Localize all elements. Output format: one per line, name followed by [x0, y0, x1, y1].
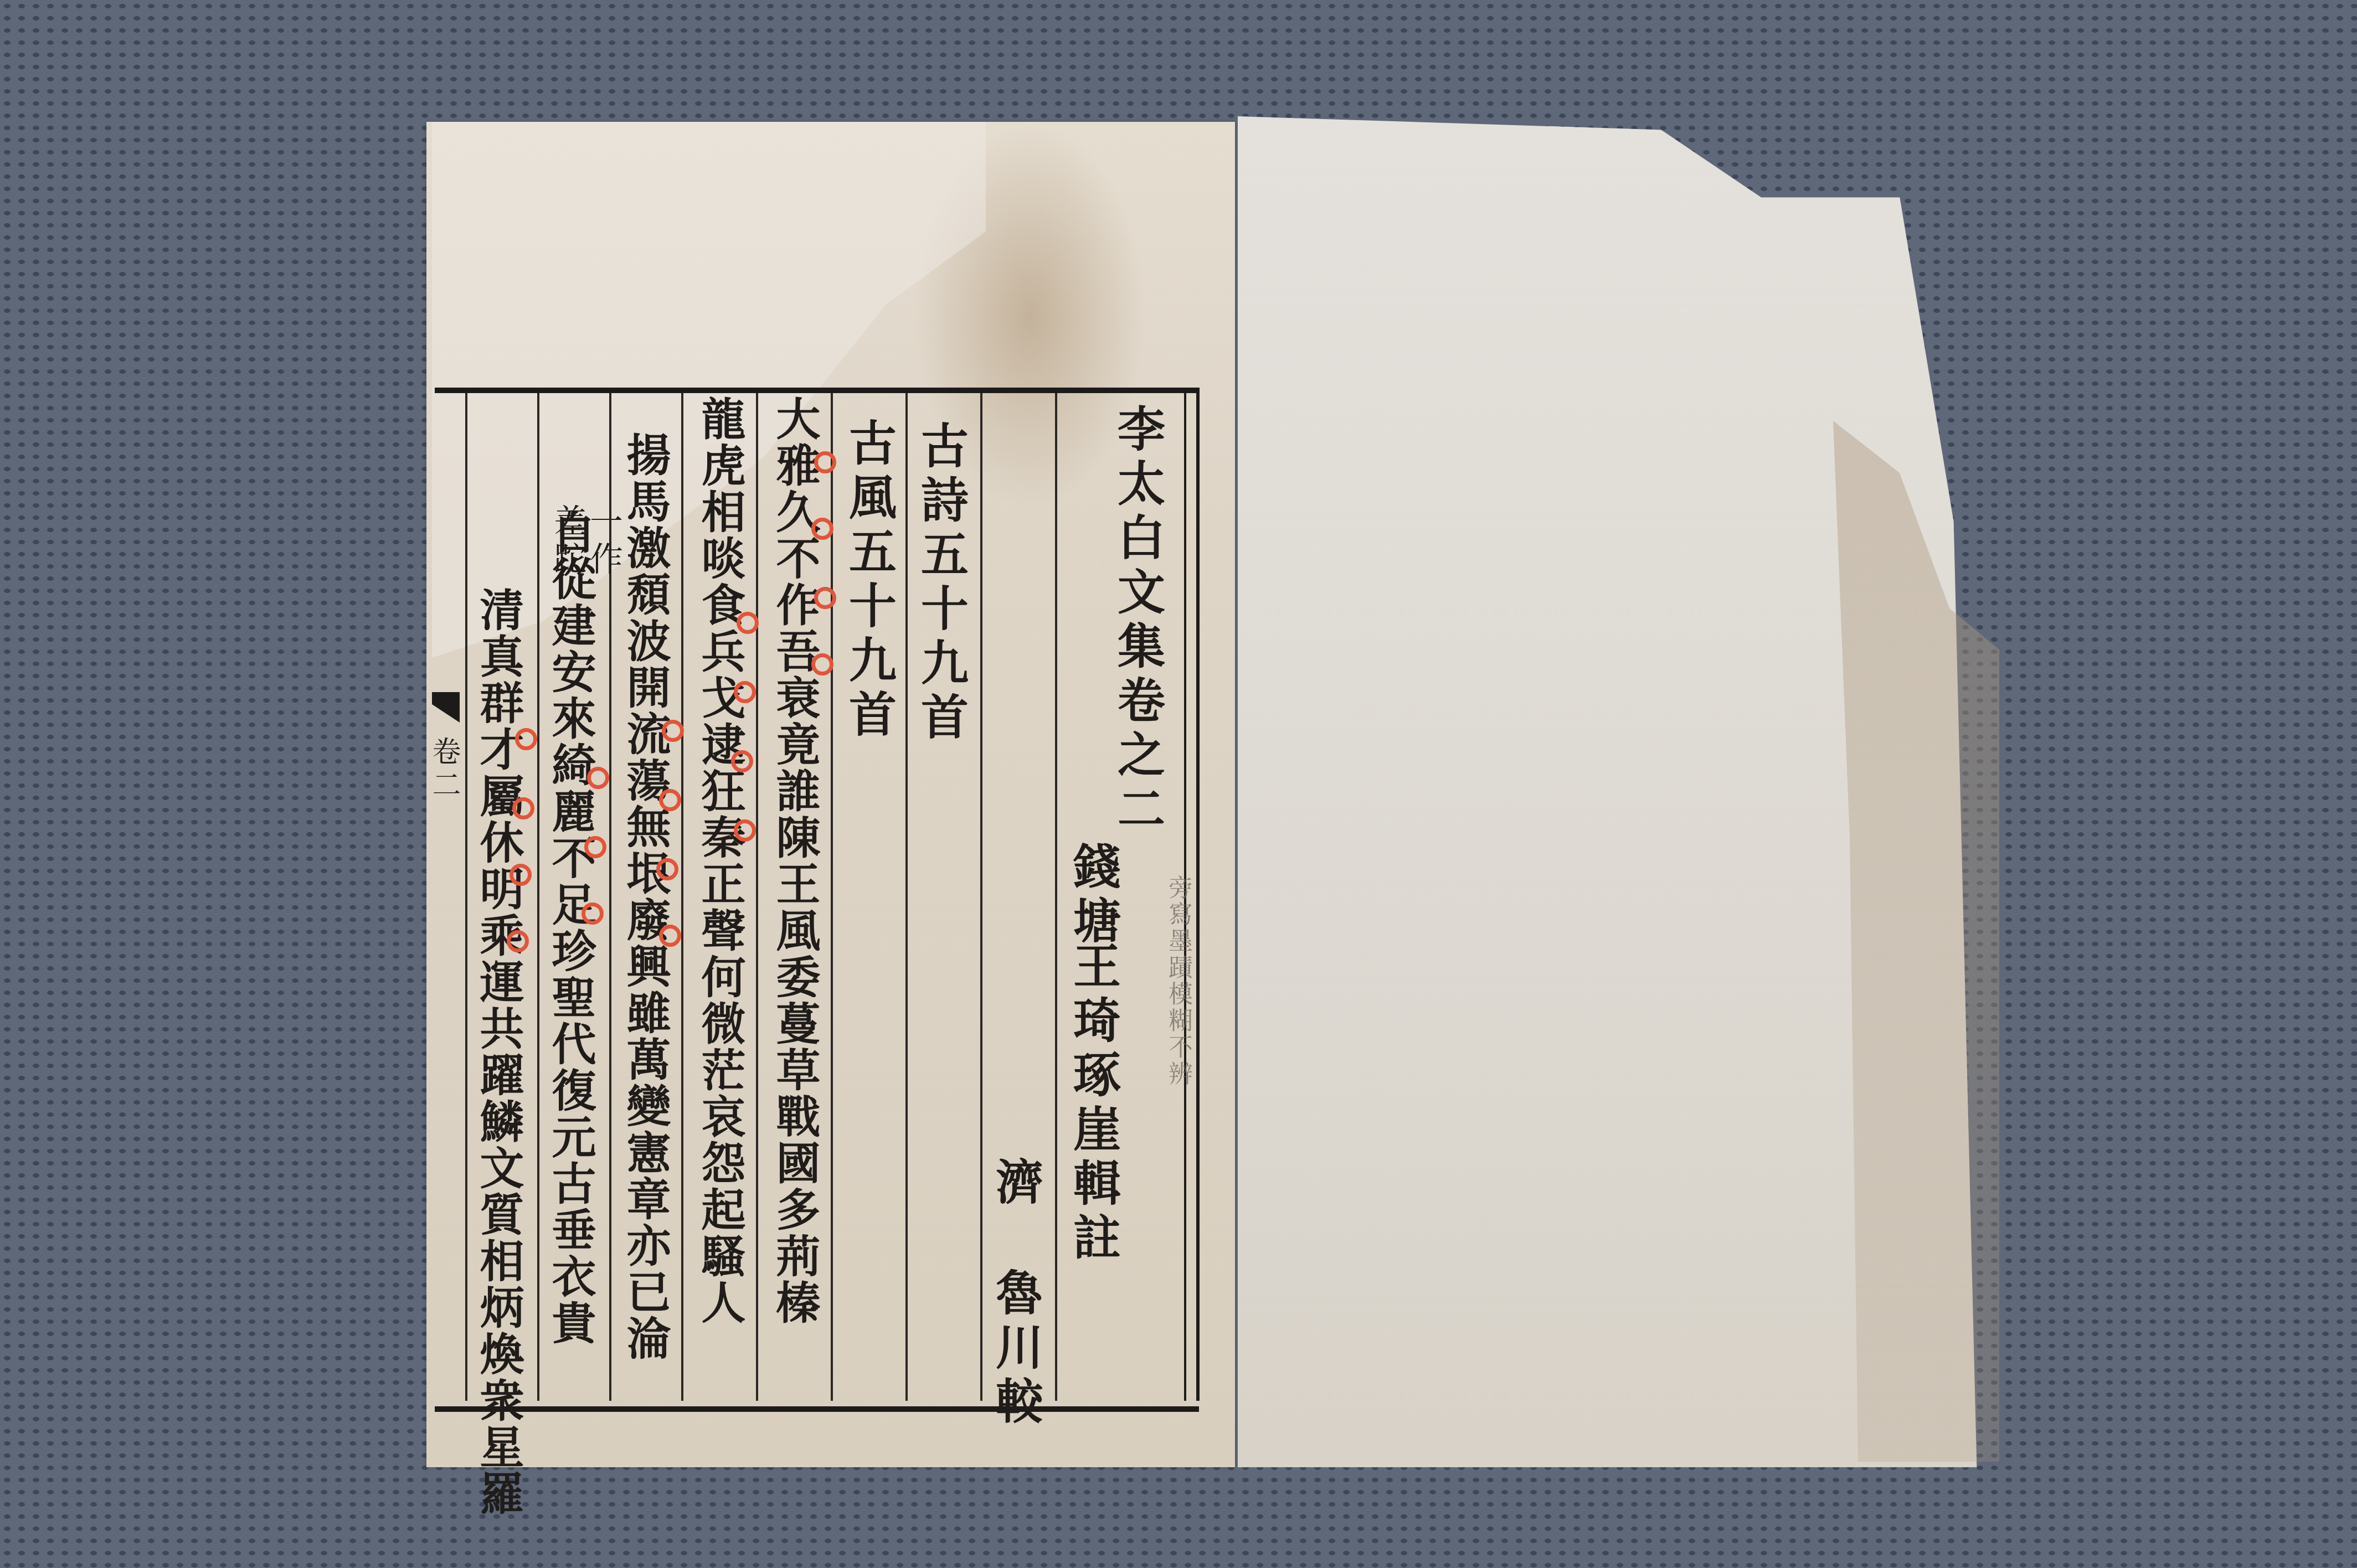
section-heading: 古詩五十九首 [917, 421, 964, 746]
red-punctuation-mark [737, 612, 759, 634]
poem-column-1: 大雅久不作吾衰竟誰陳王風委蔓草戰國多荊榛 [773, 396, 817, 1326]
poem-column-5: 清真群才屬休明乘運共躍鱗文質相炳煥衆星羅 [476, 587, 521, 1517]
red-punctuation-mark [734, 681, 756, 703]
red-punctuation-mark [584, 836, 606, 858]
subsection-heading: 古風五十九首 [845, 418, 892, 744]
red-punctuation-mark [587, 767, 609, 789]
red-punctuation-mark [662, 720, 684, 742]
column-rule [1055, 393, 1057, 1401]
red-punctuation-mark [510, 864, 532, 886]
column-rule [465, 393, 467, 1401]
column-rule [831, 393, 833, 1401]
red-punctuation-mark [515, 728, 537, 750]
red-punctuation-mark [811, 653, 833, 675]
faint-marginal-note: 旁寫墨蹟模糊不辨 [1160, 875, 1196, 1087]
compiler-name: 王琦琢崖輯註 [1069, 941, 1116, 1267]
red-punctuation-mark [656, 858, 678, 880]
annotation-note-1: 一作 [587, 504, 620, 579]
red-punctuation-mark [814, 451, 836, 473]
poem-column-4: 自從建安來綺麗不足珍聖代復元古垂衣貴 [548, 509, 593, 1347]
red-punctuation-mark [507, 930, 529, 952]
red-punctuation-mark [659, 789, 681, 811]
red-punctuation-mark [581, 902, 604, 925]
collator-name: 魯川較 [991, 1268, 1039, 1431]
red-punctuation-mark [814, 587, 836, 609]
title-column: 李太白文集卷之二 [1113, 404, 1161, 838]
red-punctuation-mark [659, 925, 681, 947]
collator-place: 濟 [991, 1157, 1039, 1211]
spine-label: 卷二 [429, 736, 458, 803]
red-punctuation-mark [512, 797, 534, 819]
red-punctuation-mark [811, 518, 833, 540]
column-rule [756, 393, 758, 1401]
poem-column-3: 揚馬激頹波開流蕩無垠廢興雖萬變憲章亦已淪 [623, 432, 667, 1362]
column-rule [905, 393, 908, 1401]
spine-rule [1196, 388, 1200, 1401]
column-rule [980, 393, 982, 1401]
poem-column-2: 龍虎相啖食兵戈逮狂秦正聲何微茫哀怨起騷人 [698, 396, 742, 1326]
red-punctuation-mark [734, 819, 756, 842]
compiler-place: 錢塘 [1069, 842, 1116, 950]
column-rule [537, 393, 539, 1401]
annotation-note-2: 差跎 [551, 504, 584, 579]
red-punctuation-mark [731, 750, 753, 772]
column-rule [681, 393, 683, 1401]
water-stain-right [1833, 421, 1999, 1462]
